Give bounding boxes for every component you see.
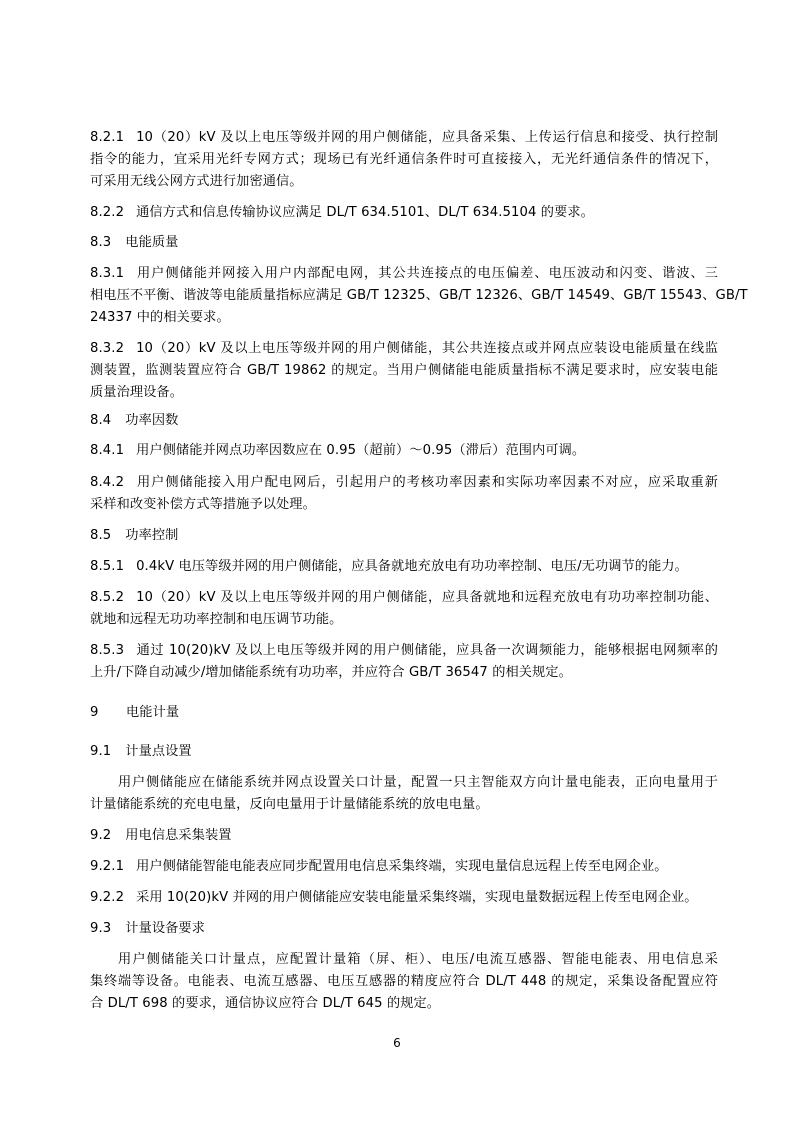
heading-text: 用电信息采集装置 <box>125 828 231 843</box>
heading-text: 计量设备要求 <box>125 921 205 936</box>
paragraph-line: 8.2.110（20）kV 及以上电压等级并网的用户侧储能，应具备采集、上传运行… <box>90 129 718 147</box>
clause-text: 用户侧储能接入用户配电网后，引起用户的考核功率因素和实际功率因素不对应，应采取重… <box>136 475 718 490</box>
clause-text: 测装置，监测装置应符合 GB/T 19862 的规定。当用户侧储能电能质量指标不… <box>90 363 718 378</box>
clause-number: 8.5.3 <box>90 642 124 660</box>
paragraph-line: 相电压不平衡、谐波等电能质量指标应满足 GB/T 12325、GB/T 1232… <box>90 287 718 305</box>
heading-text: 电能质量 <box>125 235 178 250</box>
clause-number: 8.4 <box>90 412 111 430</box>
heading-text: 计量点设置 <box>125 744 191 759</box>
clause-text: 10（20）kV 及以上电压等级并网的用户侧储能，应具备采集、上传运行信息和接受… <box>136 130 718 145</box>
clause-number: 8.5.2 <box>90 589 124 607</box>
section-heading: 8.3电能质量 <box>90 234 718 252</box>
section-heading: 8.5功率控制 <box>90 527 718 545</box>
clause-text: 通信方式和信息传输协议应满足 DL/T 634.5101、DL/T 634.51… <box>136 205 594 220</box>
paragraph-line: 9.2.1用户侧储能智能电能表应同步配置用电信息采集终端，实现电量信息远程上传至… <box>90 858 718 876</box>
clause-text: 采样和改变补偿方式等措施予以处理。 <box>90 497 316 512</box>
paragraph-line: 集终端等设备。电能表、电流互感器、电压互感器的精度应符合 DL/T 448 的规… <box>90 973 718 991</box>
clause-text: 计量储能系统的充电电量，反向电量用于计量储能系统的放电电量。 <box>90 797 489 812</box>
paragraph-line: 质量治理设备。 <box>90 384 718 402</box>
clause-text: 相电压不平衡、谐波等电能质量指标应满足 GB/T 12325、GB/T 1232… <box>90 288 748 303</box>
paragraph-line: 就地和远程无功功率控制和电压调节功能。 <box>90 611 718 629</box>
paragraph-line: 采样和改变补偿方式等措施予以处理。 <box>90 496 718 514</box>
clause-number: 9.2.1 <box>90 858 124 876</box>
clause-number: 8.5.1 <box>90 558 124 576</box>
heading-text: 电能计量 <box>126 705 179 720</box>
clause-text: 24337 中的相关要求。 <box>90 310 230 325</box>
paragraph-line: 8.5.10.4kV 电压等级并网的用户侧储能，应具备就地充放电有功功率控制、电… <box>90 558 718 576</box>
paragraph-line: 8.2.2通信方式和信息传输协议应满足 DL/T 634.5101、DL/T 6… <box>90 204 718 222</box>
document-page: 8.2.110（20）kV 及以上电压等级并网的用户侧储能，应具备采集、上传运行… <box>0 0 794 1123</box>
paragraph-line: 测装置，监测装置应符合 GB/T 19862 的规定。当用户侧储能电能质量指标不… <box>90 362 718 380</box>
clause-number: 8.3.1 <box>90 265 124 283</box>
clause-number: 8.5 <box>90 527 111 545</box>
paragraph-line: 8.4.1用户侧储能并网点功率因数应在 0.95（超前）～0.95（滞后）范围内… <box>90 442 718 460</box>
section-heading: 9.1计量点设置 <box>90 743 718 761</box>
clause-number: 8.2.1 <box>90 129 124 147</box>
paragraph-line: 指令的能力，宜采用光纤专网方式；现场已有光纤通信条件时可直接接入，无光纤通信条件… <box>90 151 718 169</box>
clause-number: 8.4.1 <box>90 442 124 460</box>
paragraph-line: 计量储能系统的充电电量，反向电量用于计量储能系统的放电电量。 <box>90 796 718 814</box>
clause-number: 9.1 <box>90 743 111 761</box>
clause-number: 9.3 <box>90 920 111 938</box>
paragraph-line: 8.3.210（20）kV 及以上电压等级并网的用户侧储能，其公共连接点或并网点… <box>90 340 718 358</box>
clause-number: 8.2.2 <box>90 204 124 222</box>
clause-text: 采用 10(20)kV 并网的用户侧储能应安装电能量采集终端，实现电量数据远程上… <box>136 890 698 905</box>
clause-number: 9.2 <box>90 827 111 845</box>
paragraph-line: 用户侧储能关口计量点，应配置计量箱（屏、柜）、电压/电流互感器、智能电能表、用电… <box>118 951 718 969</box>
paragraph-line: 用户侧储能应在储能系统并网点设置关口计量，配置一只主智能双方向计量电能表，正向电… <box>118 774 718 792</box>
clause-text: 指令的能力，宜采用光纤专网方式；现场已有光纤通信条件时可直接接入，无光纤通信条件… <box>90 152 718 167</box>
clause-text: 0.4kV 电压等级并网的用户侧储能，应具备就地充放电有功功率控制、电压/无功调… <box>136 559 688 574</box>
clause-number: 8.4.2 <box>90 474 124 492</box>
paragraph-line: 上升/下降自动减少/增加储能系统有功功率，并应符合 GB/T 36547 的相关… <box>90 664 718 682</box>
clause-text: 用户侧储能并网接入用户内部配电网，其公共连接点的电压偏差、电压波动和闪变、谐波、… <box>136 266 718 281</box>
clause-text: 上升/下降自动减少/增加储能系统有功功率，并应符合 GB/T 36547 的相关… <box>90 665 572 680</box>
clause-number: 9 <box>90 704 126 722</box>
paragraph-line: 8.5.210（20）kV 及以上电压等级并网的用户侧储能，应具备就地和远程充放… <box>90 589 718 607</box>
paragraph-line: 可采用无线公网方式进行加密通信。 <box>90 173 718 191</box>
clause-text: 质量治理设备。 <box>90 385 183 400</box>
clause-text: 10（20）kV 及以上电压等级并网的用户侧储能，其公共连接点或并网点应装设电能… <box>136 341 718 356</box>
section-heading: 9.3计量设备要求 <box>90 920 718 938</box>
clause-number: 8.3 <box>90 234 111 252</box>
clause-text: 10（20）kV 及以上电压等级并网的用户侧储能，应具备就地和远程充放电有功功率… <box>136 590 718 605</box>
heading-text: 功率因数 <box>125 413 178 428</box>
section-heading: 9.2用电信息采集装置 <box>90 827 718 845</box>
paragraph-line: 8.4.2用户侧储能接入用户配电网后，引起用户的考核功率因素和实际功率因素不对应… <box>90 474 718 492</box>
clause-text: 集终端等设备。电能表、电流互感器、电压互感器的精度应符合 DL/T 448 的规… <box>90 974 718 989</box>
paragraph-line: 9.2.2采用 10(20)kV 并网的用户侧储能应安装电能量采集终端，实现电量… <box>90 889 718 907</box>
paragraph-line: 24337 中的相关要求。 <box>90 309 718 327</box>
paragraph-line: 8.5.3通过 10(20)kV 及以上电压等级并网的用户侧储能，应具备一次调频… <box>90 642 718 660</box>
clause-text: 用户侧储能智能电能表应同步配置用电信息采集终端，实现电量信息远程上传至电网企业。 <box>136 859 668 874</box>
clause-text: 通过 10(20)kV 及以上电压等级并网的用户侧储能，应具备一次调频能力，能够… <box>136 643 718 658</box>
clause-text: 合 DL/T 698 的要求，通信协议应符合 DL/T 645 的规定。 <box>90 996 440 1011</box>
clause-number: 8.3.2 <box>90 340 124 358</box>
clause-text: 用户侧储能并网点功率因数应在 0.95（超前）～0.95（滞后）范围内可调。 <box>136 443 585 458</box>
paragraph-line: 合 DL/T 698 的要求，通信协议应符合 DL/T 645 的规定。 <box>90 995 718 1013</box>
section-heading: 9电能计量 <box>90 704 718 722</box>
clause-text: 就地和远程无功功率控制和电压调节功能。 <box>90 612 342 627</box>
page-number: 6 <box>0 1036 794 1050</box>
paragraph-line: 8.3.1用户侧储能并网接入用户内部配电网，其公共连接点的电压偏差、电压波动和闪… <box>90 265 718 283</box>
clause-text: 可采用无线公网方式进行加密通信。 <box>90 174 303 189</box>
heading-text: 功率控制 <box>125 528 178 543</box>
section-heading: 8.4功率因数 <box>90 412 718 430</box>
clause-text: 用户侧储能关口计量点，应配置计量箱（屏、柜）、电压/电流互感器、智能电能表、用电… <box>118 952 718 967</box>
clause-number: 9.2.2 <box>90 889 124 907</box>
clause-text: 用户侧储能应在储能系统并网点设置关口计量，配置一只主智能双方向计量电能表，正向电… <box>118 775 718 790</box>
